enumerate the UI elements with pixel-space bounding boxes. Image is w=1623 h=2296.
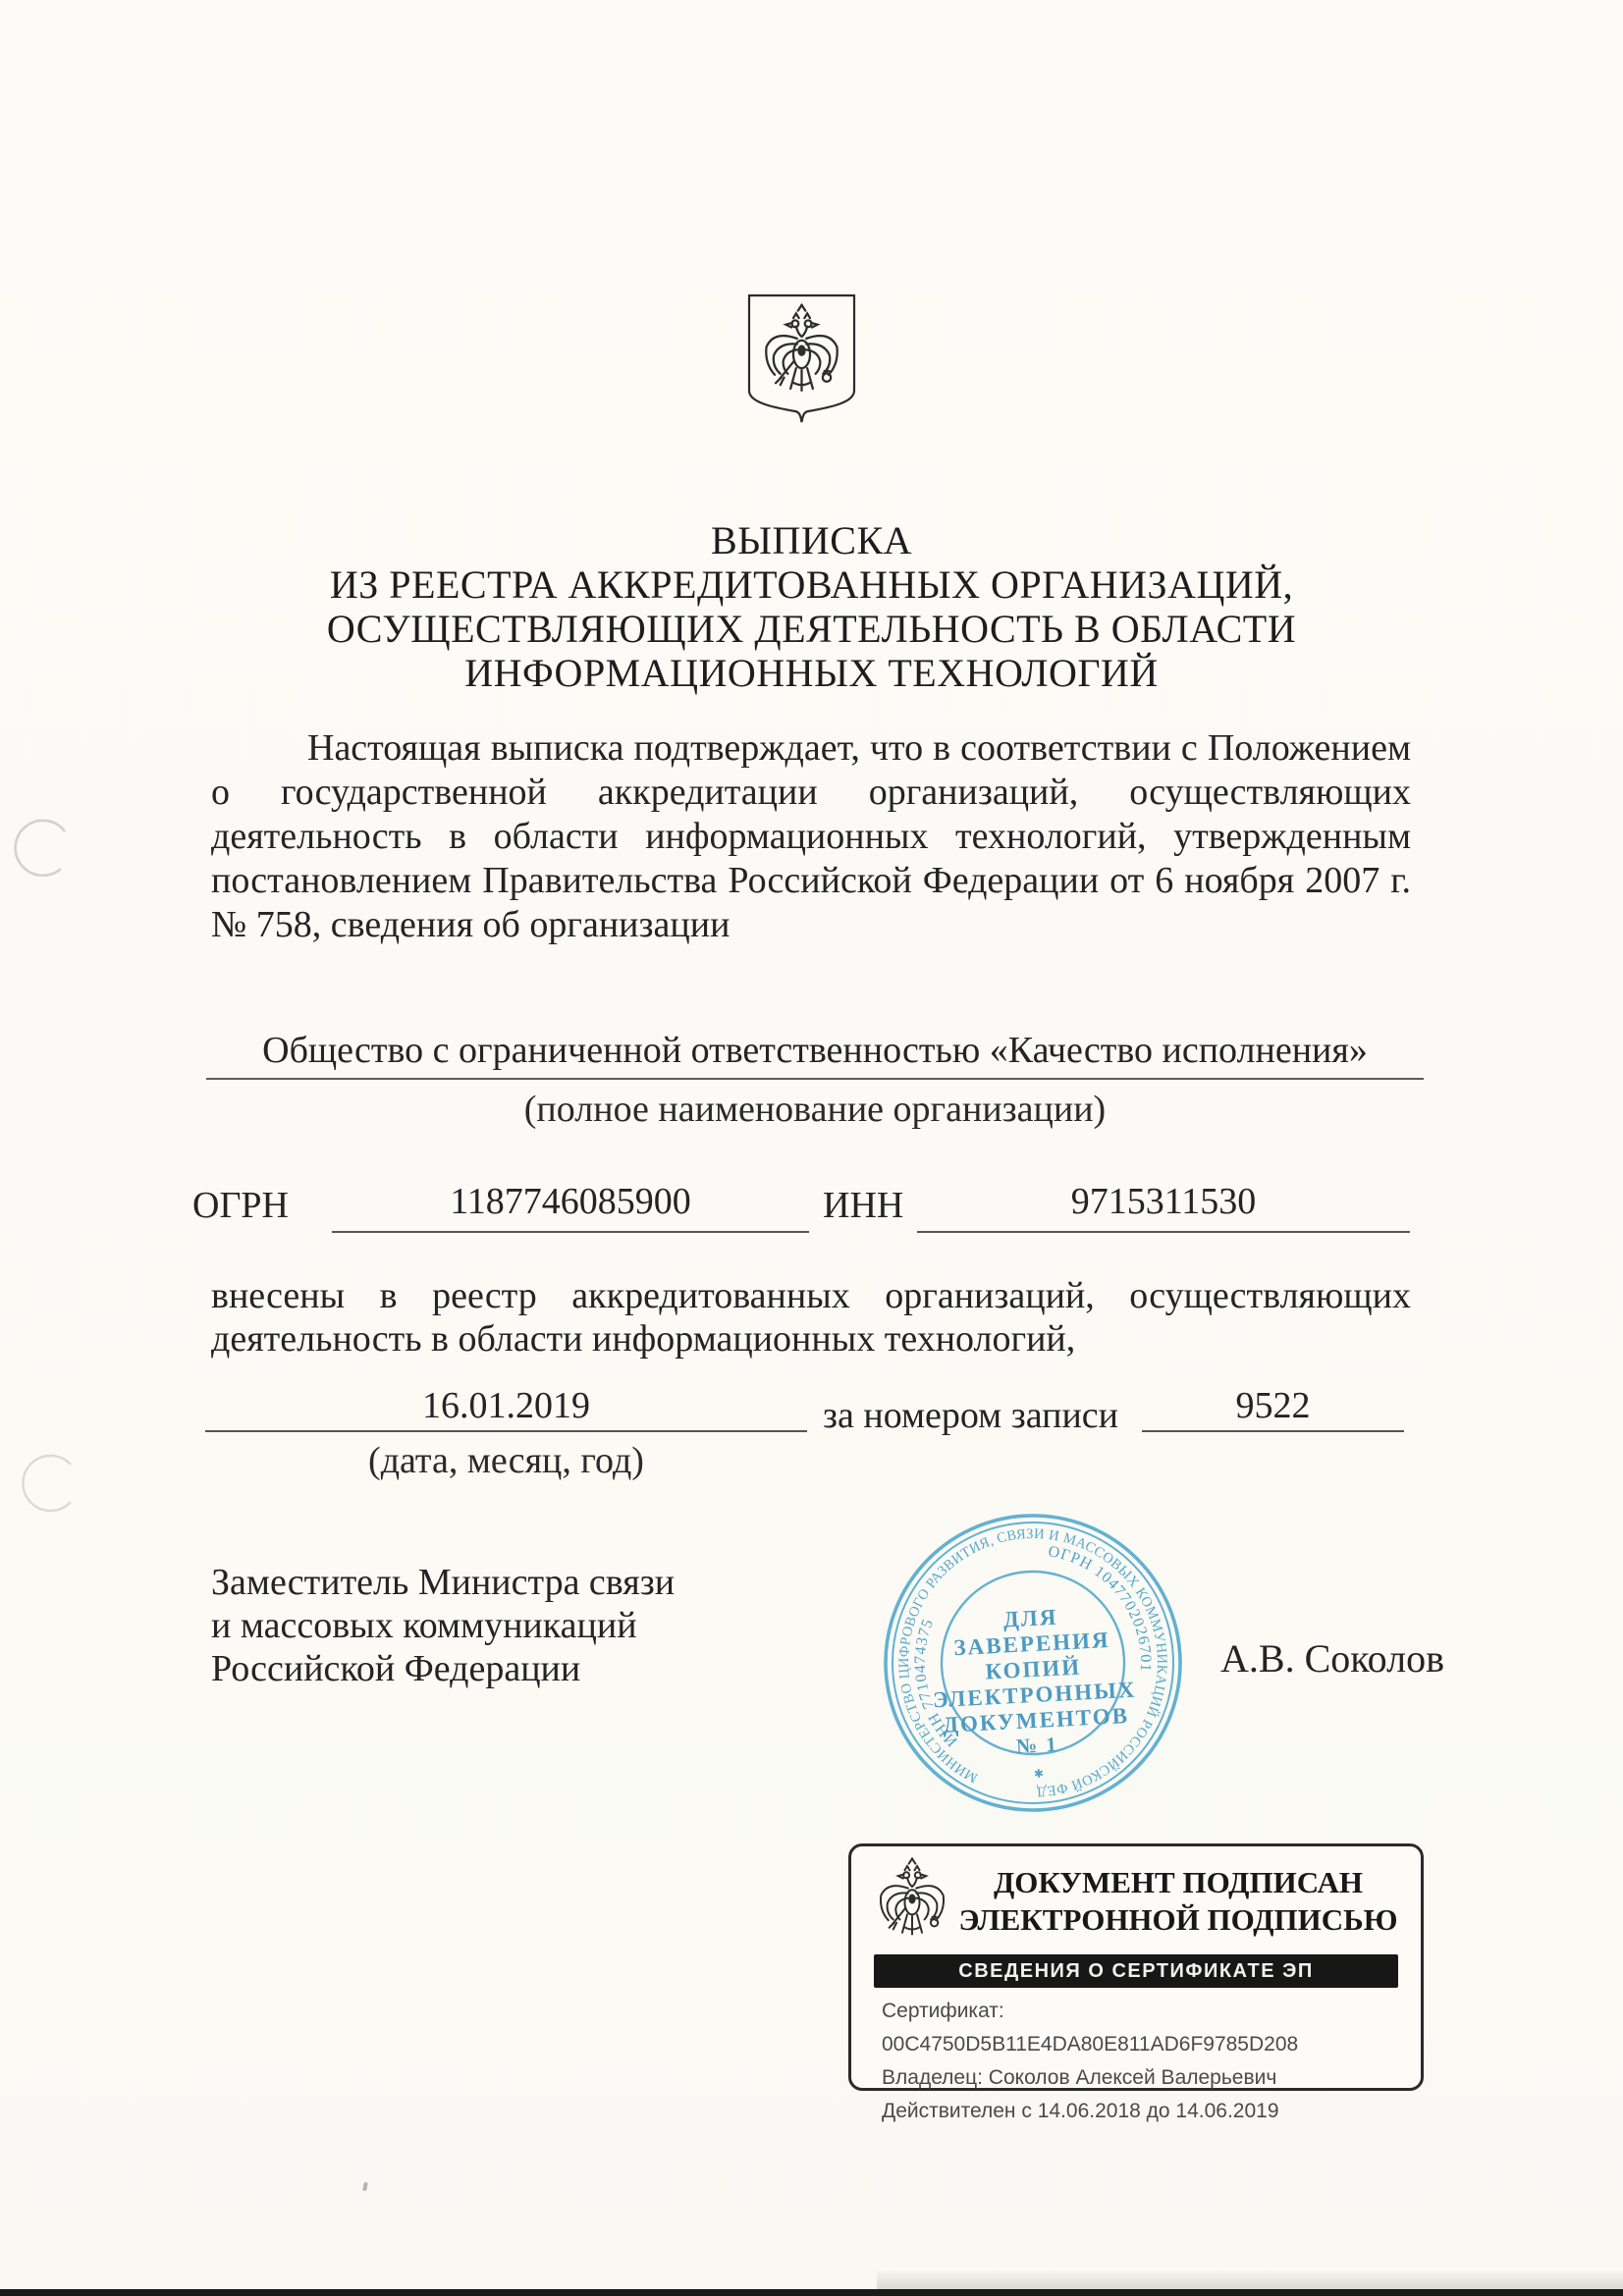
certificate-owner: Владелец: Соколов Алексей Валерьевич bbox=[882, 2061, 1421, 2095]
title-line: ОСУЩЕСТВЛЯЮЩИХ ДЕЯТЕЛЬНОСТЬ В ОБЛАСТИ bbox=[0, 607, 1623, 651]
entry-line: деятельность в области информационных те… bbox=[211, 1317, 1411, 1361]
signer-position-line: Заместитель Министра связи bbox=[211, 1561, 675, 1604]
scan-speck bbox=[362, 2182, 368, 2192]
scan-noise bbox=[877, 2269, 1623, 2289]
document-title: ВЫПИСКА ИЗ РЕЕСТРА АККРЕДИТОВАННЫХ ОРГАН… bbox=[0, 518, 1623, 695]
svg-text:КОПИЙ: КОПИЙ bbox=[985, 1654, 1082, 1683]
entry-paragraph: внесены в реестр аккредитованных организ… bbox=[211, 1274, 1411, 1361]
intro-line: № 758, сведения об организации bbox=[211, 903, 1411, 947]
svg-text:№ 1: № 1 bbox=[1015, 1733, 1058, 1758]
entry-line: внесены в реестр аккредитованных организ… bbox=[211, 1274, 1411, 1317]
svg-text:ЗАВЕРЕНИЯ: ЗАВЕРЕНИЯ bbox=[953, 1628, 1110, 1660]
intro-paragraph: Настоящая выписка подтверждает, что в со… bbox=[211, 726, 1411, 947]
record-number: 9522 bbox=[1142, 1384, 1404, 1432]
ogrn-label: ОГРН bbox=[192, 1184, 289, 1227]
title-line: ИЗ РЕЕСТРА АККРЕДИТОВАННЫХ ОРГАНИЗАЦИЙ, bbox=[0, 562, 1623, 607]
hole-punch-mark bbox=[6, 818, 75, 886]
stamp-star-icon: ✱ bbox=[1034, 1767, 1045, 1782]
signature-box-title-line: ДОКУМЕНТ ПОДПИСАН bbox=[953, 1864, 1403, 1901]
russian-coat-of-arms-icon bbox=[746, 293, 857, 426]
svg-text:ДЛЯ: ДЛЯ bbox=[1002, 1605, 1058, 1632]
title-line: ИНФОРМАЦИОННЫХ ТЕХНОЛОГИЙ bbox=[0, 651, 1623, 695]
signer-position: Заместитель Министра связи и массовых ко… bbox=[211, 1561, 675, 1690]
organization-name-caption: (полное наименование организации) bbox=[206, 1088, 1424, 1131]
intro-line: постановлением Правительства Российской … bbox=[211, 859, 1411, 903]
intro-line: Настоящая выписка подтверждает, что в со… bbox=[211, 726, 1411, 771]
signature-box-title: ДОКУМЕНТ ПОДПИСАН ЭЛЕКТРОННОЙ ПОДПИСЬЮ bbox=[953, 1864, 1403, 1939]
ogrn-value: 1187746085900 bbox=[332, 1180, 809, 1233]
certificate-number: Сертификат: 00C4750D5B11E4DA80E811AD6F97… bbox=[882, 1995, 1421, 2061]
certificate-validity: Действителен с 14.06.2018 до 14.06.2019 bbox=[882, 2095, 1421, 2128]
ministry-round-stamp: МИНИСТЕРСТВО ЦИФРОВОГО РАЗВИТИЯ, СВЯЗИ И… bbox=[868, 1498, 1198, 1828]
inn-value: 9715311530 bbox=[917, 1180, 1410, 1233]
signature-box-title-line: ЭЛЕКТРОННОЙ ПОДПИСЬЮ bbox=[953, 1901, 1403, 1939]
eagle-emblem-icon bbox=[871, 1856, 953, 1947]
title-line: ВЫПИСКА bbox=[0, 518, 1623, 562]
inn-label: ИНН bbox=[823, 1184, 903, 1227]
signer-position-line: Российской Федерации bbox=[211, 1647, 675, 1690]
certificate-info-bar: СВЕДЕНИЯ О СЕРТИФИКАТЕ ЭП bbox=[874, 1954, 1398, 1988]
scan-bottom-edge bbox=[0, 2289, 1623, 2296]
intro-line: деятельность в области информационных те… bbox=[211, 815, 1411, 859]
record-middle-label: за номером записи bbox=[823, 1394, 1118, 1437]
signer-position-line: и массовых коммуникаций bbox=[211, 1604, 675, 1647]
signer-name: А.В. Соколов bbox=[1220, 1635, 1444, 1682]
record-date-caption: (дата, месяц, год) bbox=[205, 1439, 807, 1482]
scanned-document-page: ВЫПИСКА ИЗ РЕЕСТРА АККРЕДИТОВАННЫХ ОРГАН… bbox=[0, 0, 1623, 2296]
intro-line: о государственной аккредитации организац… bbox=[211, 771, 1411, 815]
hole-punch-mark bbox=[14, 1449, 82, 1518]
organization-name: Общество с ограниченной ответственностью… bbox=[206, 1029, 1424, 1080]
certificate-details: Сертификат: 00C4750D5B11E4DA80E811AD6F97… bbox=[882, 1995, 1421, 2128]
record-date: 16.01.2019 bbox=[205, 1384, 807, 1432]
digital-signature-box: ДОКУМЕНТ ПОДПИСАН ЭЛЕКТРОННОЙ ПОДПИСЬЮ С… bbox=[848, 1843, 1424, 2091]
